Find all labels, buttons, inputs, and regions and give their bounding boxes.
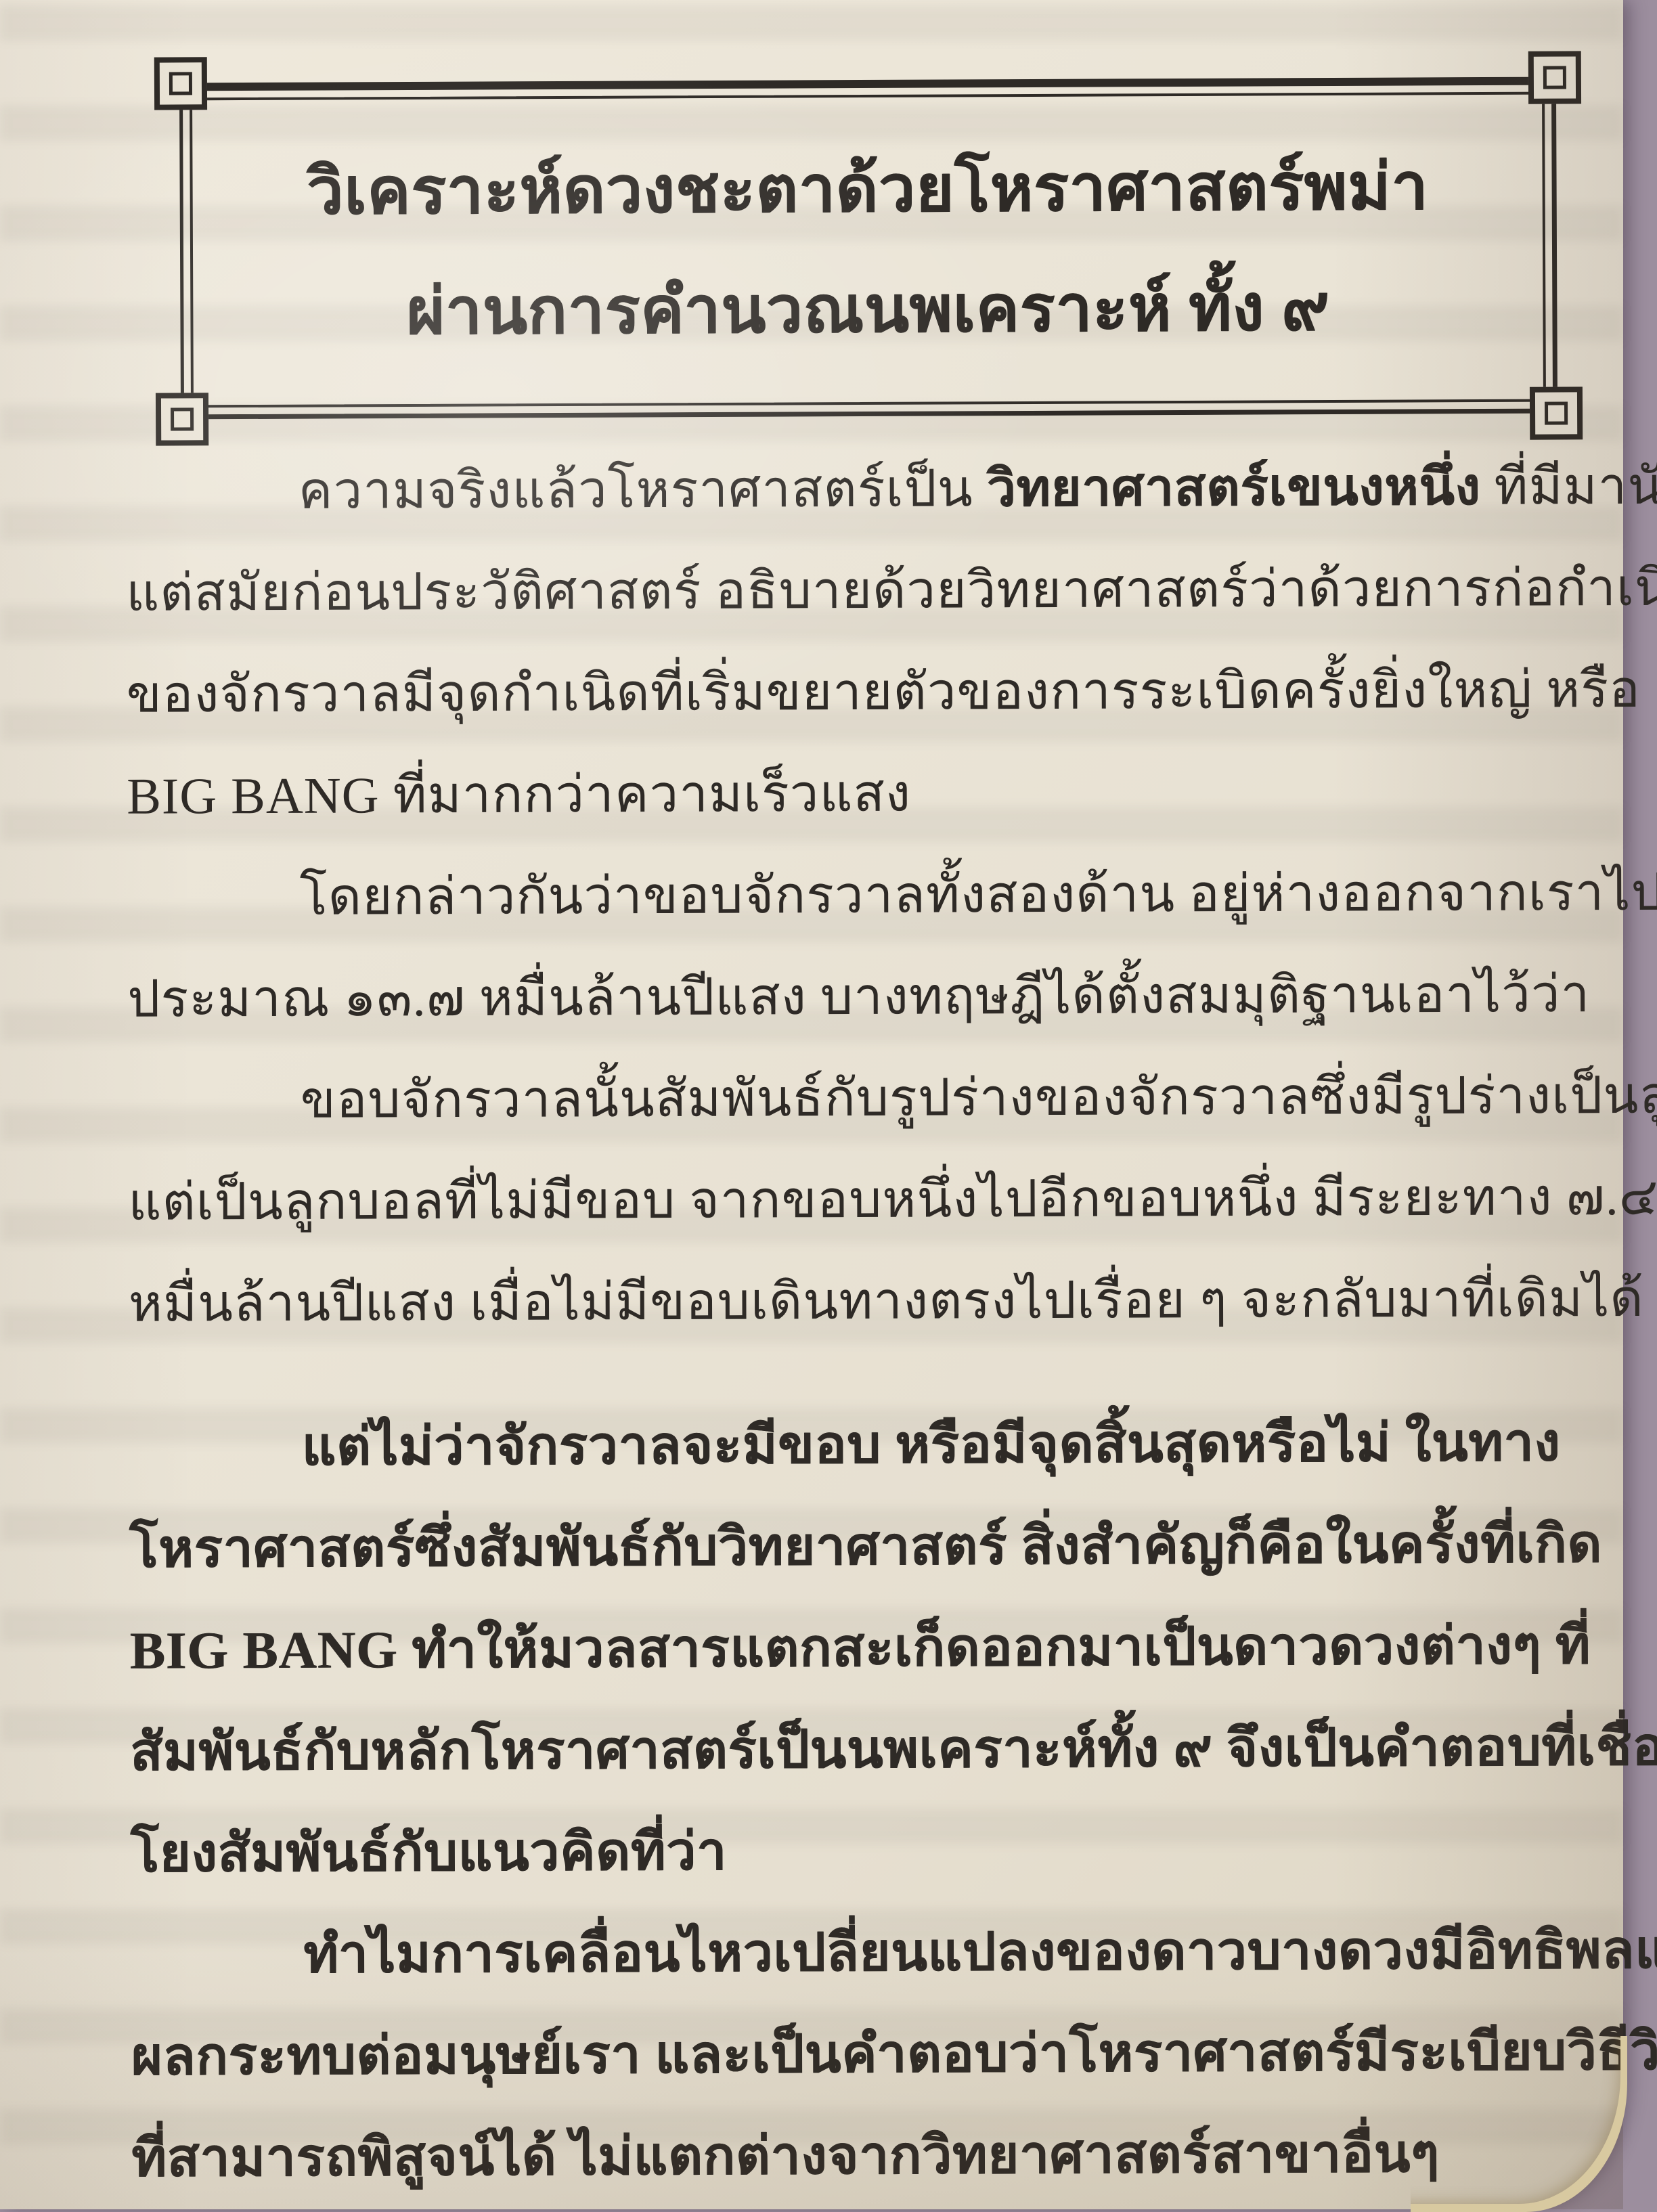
text-line: ที่สามารถพิสูจน์ได้ ไม่แตกต่างจากวิทยาศา… <box>131 2102 1587 2209</box>
book-page: วิเคราะห์ดวงชะตาด้วยโหราศาสตร์พม่า ผ่านก… <box>0 0 1623 2209</box>
corner-ornament-icon <box>154 57 207 110</box>
text-segment: ความจริงแล้วโหราศาสตร์เป็น <box>299 460 987 520</box>
corner-ornament-icon <box>1530 386 1583 439</box>
body-text: ความจริงแล้วโหราศาสตร์เป็น วิทยาศาสตร์เข… <box>125 436 1587 2209</box>
text-line: ผลกระทบต่อมนุษย์เรา และเป็นคำตอบว่าโหราศ… <box>131 2001 1587 2108</box>
text-line: หมื่นล้านปีแสง เมื่อไม่มีขอบเดินทางตรงไป… <box>129 1248 1585 1355</box>
text-line: แต่เป็นลูกบอลที่ไม่มีขอบ จากขอบหนึ่งไปอี… <box>128 1147 1584 1254</box>
text-line: ทำไมการเคลื่อนไหวเปลี่ยนแปลงของดาวบางดวง… <box>131 1899 1587 2006</box>
text-line: โยงสัมพันธ์กับแนวคิดที่ว่า <box>130 1798 1586 1905</box>
text-line: แต่ไม่ว่าจักรวาลจะมีขอบ หรือมีจุดสิ้นสุด… <box>129 1392 1585 1499</box>
text-line: BIG BANG ที่มากกว่าความเร็วแสง <box>127 740 1583 847</box>
paragraph-1: ความจริงแล้วโหราศาสตร์เป็น วิทยาศาสตร์เข… <box>125 436 1582 847</box>
title-box-inner: วิเคราะห์ดวงชะตาด้วยโหราศาสตร์พม่า ผ่านก… <box>190 92 1546 408</box>
text-line: BIG BANG ทำให้มวลสารแตกสะเก็ดออกมาเป็นดา… <box>129 1595 1585 1702</box>
chapter-title-line-2: ผ่านการคำนวณนพเคราะห์ ทั้ง ๙ <box>406 250 1330 370</box>
text-line: สัมพันธ์กับหลักโหราศาสตร์เป็นนพเคราะห์ทั… <box>130 1696 1586 1803</box>
text-line: ความจริงแล้วโหราศาสตร์เป็น วิทยาศาสตร์เข… <box>125 436 1581 543</box>
paragraph-4: แต่ไม่ว่าจักรวาลจะมีขอบ หรือมีจุดสิ้นสุด… <box>129 1392 1586 1905</box>
text-line: ประมาณ ๑๓.๗ หมื่นล้านปีแสง บางทฤษฎีได้ตั… <box>127 944 1583 1050</box>
text-line: ขอบจักรวาลนั้นสัมพันธ์กับรูปร่างของจักรว… <box>128 1045 1584 1152</box>
text-line: โหราศาสตร์ซึ่งสัมพันธ์กับวิทยาศาสตร์ สิ่… <box>129 1493 1585 1600</box>
text-line: โดยกล่าวกันว่าขอบจักรวาลทั้งสองด้าน อยู่… <box>127 842 1583 949</box>
text-line: แต่สมัยก่อนประวัติศาสตร์ อธิบายด้วยวิทยา… <box>126 537 1582 644</box>
bold-phrase: วิทยาศาสตร์เขนงหนึ่ง <box>987 459 1481 518</box>
text-line: ของจักรวาลมีจุดกำเนิดที่เริ่มขยายตัวของก… <box>126 639 1582 746</box>
corner-ornament-icon <box>156 393 208 445</box>
paragraph-3: ขอบจักรวาลนั้นสัมพันธ์กับรูปร่างของจักรว… <box>128 1045 1585 1355</box>
paragraph-5: ทำไมการเคลื่อนไหวเปลี่ยนแปลงของดาวบางดวง… <box>131 1899 1587 2209</box>
text-segment: ที่มีมานับ <box>1480 458 1657 516</box>
paragraph-2: โดยกล่าวกันว่าขอบจักรวาลทั้งสองด้าน อยู่… <box>127 842 1583 1050</box>
corner-ornament-icon <box>1528 51 1581 104</box>
chapter-title-line-1: วิเคราะห์ดวงชะตาด้วยโหราศาสตร์พม่า <box>307 129 1429 249</box>
title-box: วิเคราะห์ดวงชะตาด้วยโหราศาสตร์พม่า ผ่านก… <box>179 77 1557 420</box>
